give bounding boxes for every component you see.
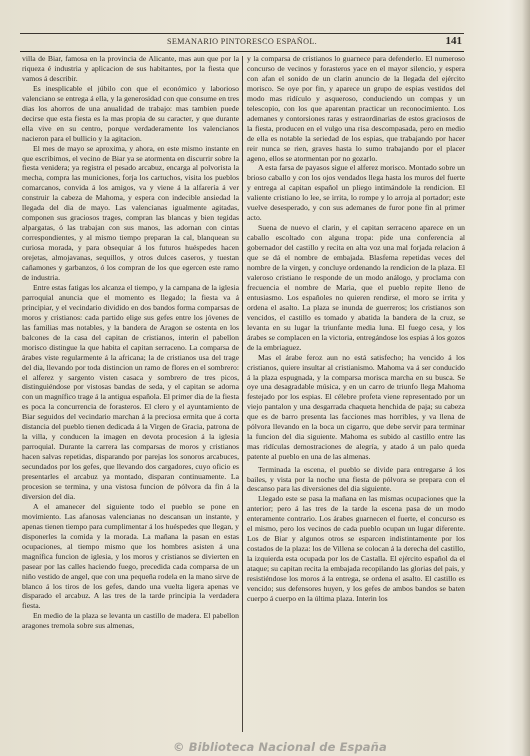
text-column-left: villa de Biar, famosa en la provincia de… (22, 54, 239, 631)
paragraph: Mas el árabe feroz aun no está satisfech… (247, 353, 465, 462)
paragraph: Es inesplicable el júbilo con que el eco… (22, 84, 239, 144)
paragraph: A esta farsa de payasos sigue el alferez… (247, 163, 465, 223)
paragraph: Suena de nuevo el clarin, y el capitan s… (247, 223, 465, 352)
library-watermark: © Biblioteca Nacional de España (173, 740, 387, 754)
paragraph: villa de Biar, famosa en la provincia de… (22, 54, 239, 84)
running-header: SEMANARIO PINTORESCO ESPAÑOL. 141 (20, 37, 464, 51)
paragraph: Terminada la escena, el pueblo se divide… (247, 465, 465, 495)
page-edge-shadow (522, 0, 530, 756)
paragraph: Llegado este se pasa la mañana en las mi… (247, 494, 465, 603)
text-column-right: y la comparsa de cristianos lo guarnece … (247, 54, 465, 604)
column-divider (242, 56, 243, 732)
publication-title: SEMANARIO PINTORESCO ESPAÑOL. (20, 37, 464, 46)
paragraph: El mes de mayo se aproxima, y ahora, en … (22, 144, 239, 283)
header-bottom-rule (20, 51, 464, 52)
page-number: 141 (446, 35, 463, 47)
paragraph: A el amanecer del siguiente todo el pueb… (22, 502, 239, 611)
paragraph: y la comparsa de cristianos lo guarnece … (247, 54, 465, 163)
paragraph: En medio de la plaza se levanta un casti… (22, 611, 239, 631)
header-top-rule (20, 33, 464, 34)
newspaper-page: SEMANARIO PINTORESCO ESPAÑOL. 141 villa … (0, 0, 530, 756)
paragraph: Entre estas fatigas los alcanza el tiemp… (22, 283, 239, 502)
